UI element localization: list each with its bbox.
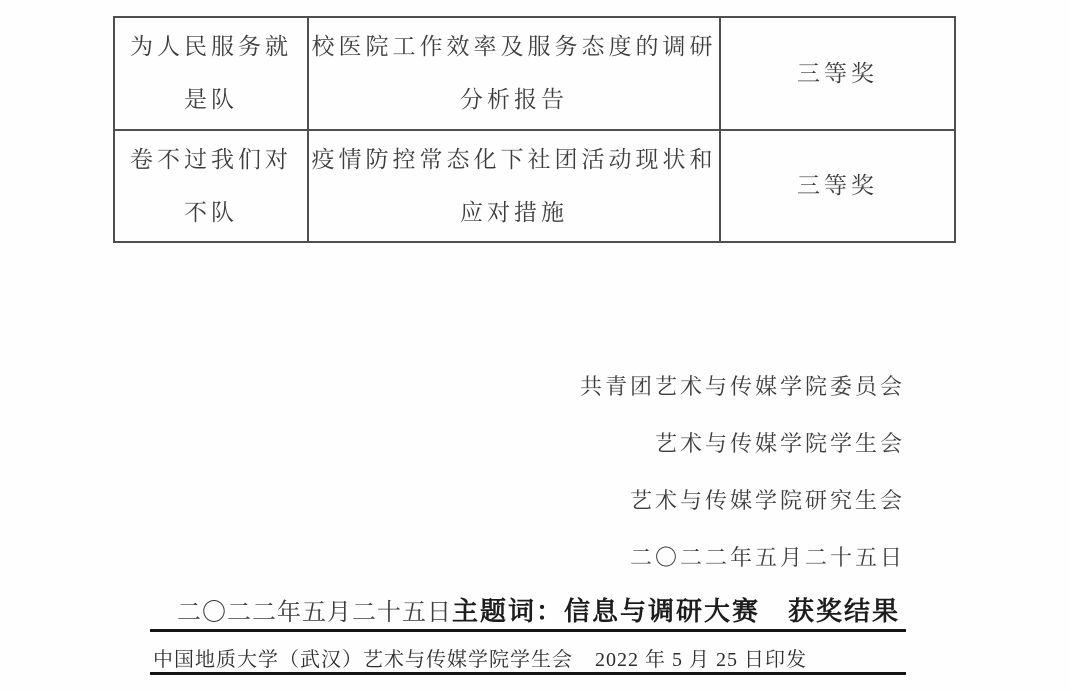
imprint-organization: 中国地质大学（武汉）艺术与传媒学院学生会 [153, 649, 573, 671]
award-level-text: 三等奖 [721, 159, 954, 212]
team-name-line: 不队 [115, 186, 307, 239]
team-name-line: 为人民服务就 [115, 20, 307, 73]
signature-block: 共青团艺术与传媒学院委员会 艺术与传媒学院学生会 艺术与传媒学院研究生会 二〇二… [580, 358, 905, 586]
team-name-line: 是队 [115, 73, 307, 126]
document-page: 为人民服务就 是队 校医院工作效率及服务态度的调研 分析报告 三等奖 卷不过我们… [0, 0, 1070, 691]
award-results-table: 为人民服务就 是队 校医院工作效率及服务态度的调研 分析报告 三等奖 卷不过我们… [113, 16, 956, 243]
footer-divider-bottom [150, 672, 906, 675]
award-level-text: 三等奖 [721, 47, 954, 100]
subject-date-prefix: 二〇二二年五月二十五日 [177, 600, 452, 626]
project-title-line: 应对措施 [309, 186, 719, 239]
award-level-cell: 三等奖 [720, 17, 955, 130]
award-level-cell: 三等奖 [720, 130, 955, 243]
signature-date: 二〇二二年五月二十五日 [580, 529, 905, 586]
project-title-line: 分析报告 [309, 73, 719, 126]
imprint-date: 2022 年 5 月 25 日印发 [595, 649, 807, 671]
project-title-line: 校医院工作效率及服务态度的调研 [309, 20, 719, 73]
signature-org-committee: 共青团艺术与传媒学院委员会 [580, 358, 905, 415]
subject-keyword-line: 二〇二二年五月二十五日主题词：信息与调研大赛 获奖结果 [177, 595, 900, 632]
team-name-cell: 卷不过我们对 不队 [114, 130, 308, 243]
project-title-cell: 校医院工作效率及服务态度的调研 分析报告 [308, 17, 720, 130]
imprint-line: 中国地质大学（武汉）艺术与传媒学院学生会2022 年 5 月 25 日印发 [153, 643, 807, 672]
subject-label: 主题词： [452, 596, 564, 626]
footer-divider-top [150, 629, 906, 632]
table-row: 卷不过我们对 不队 疫情防控常态化下社团活动现状和 应对措施 三等奖 [114, 130, 955, 243]
team-name-cell: 为人民服务就 是队 [114, 17, 308, 130]
subject-keywords: 信息与调研大赛 获奖结果 [564, 596, 900, 626]
team-name-line: 卷不过我们对 [115, 133, 307, 186]
project-title-line: 疫情防控常态化下社团活动现状和 [309, 133, 719, 186]
table-row: 为人民服务就 是队 校医院工作效率及服务态度的调研 分析报告 三等奖 [114, 17, 955, 130]
project-title-cell: 疫情防控常态化下社团活动现状和 应对措施 [308, 130, 720, 243]
signature-org-student-union: 艺术与传媒学院学生会 [580, 415, 905, 472]
signature-org-graduate-union: 艺术与传媒学院研究生会 [580, 472, 905, 529]
